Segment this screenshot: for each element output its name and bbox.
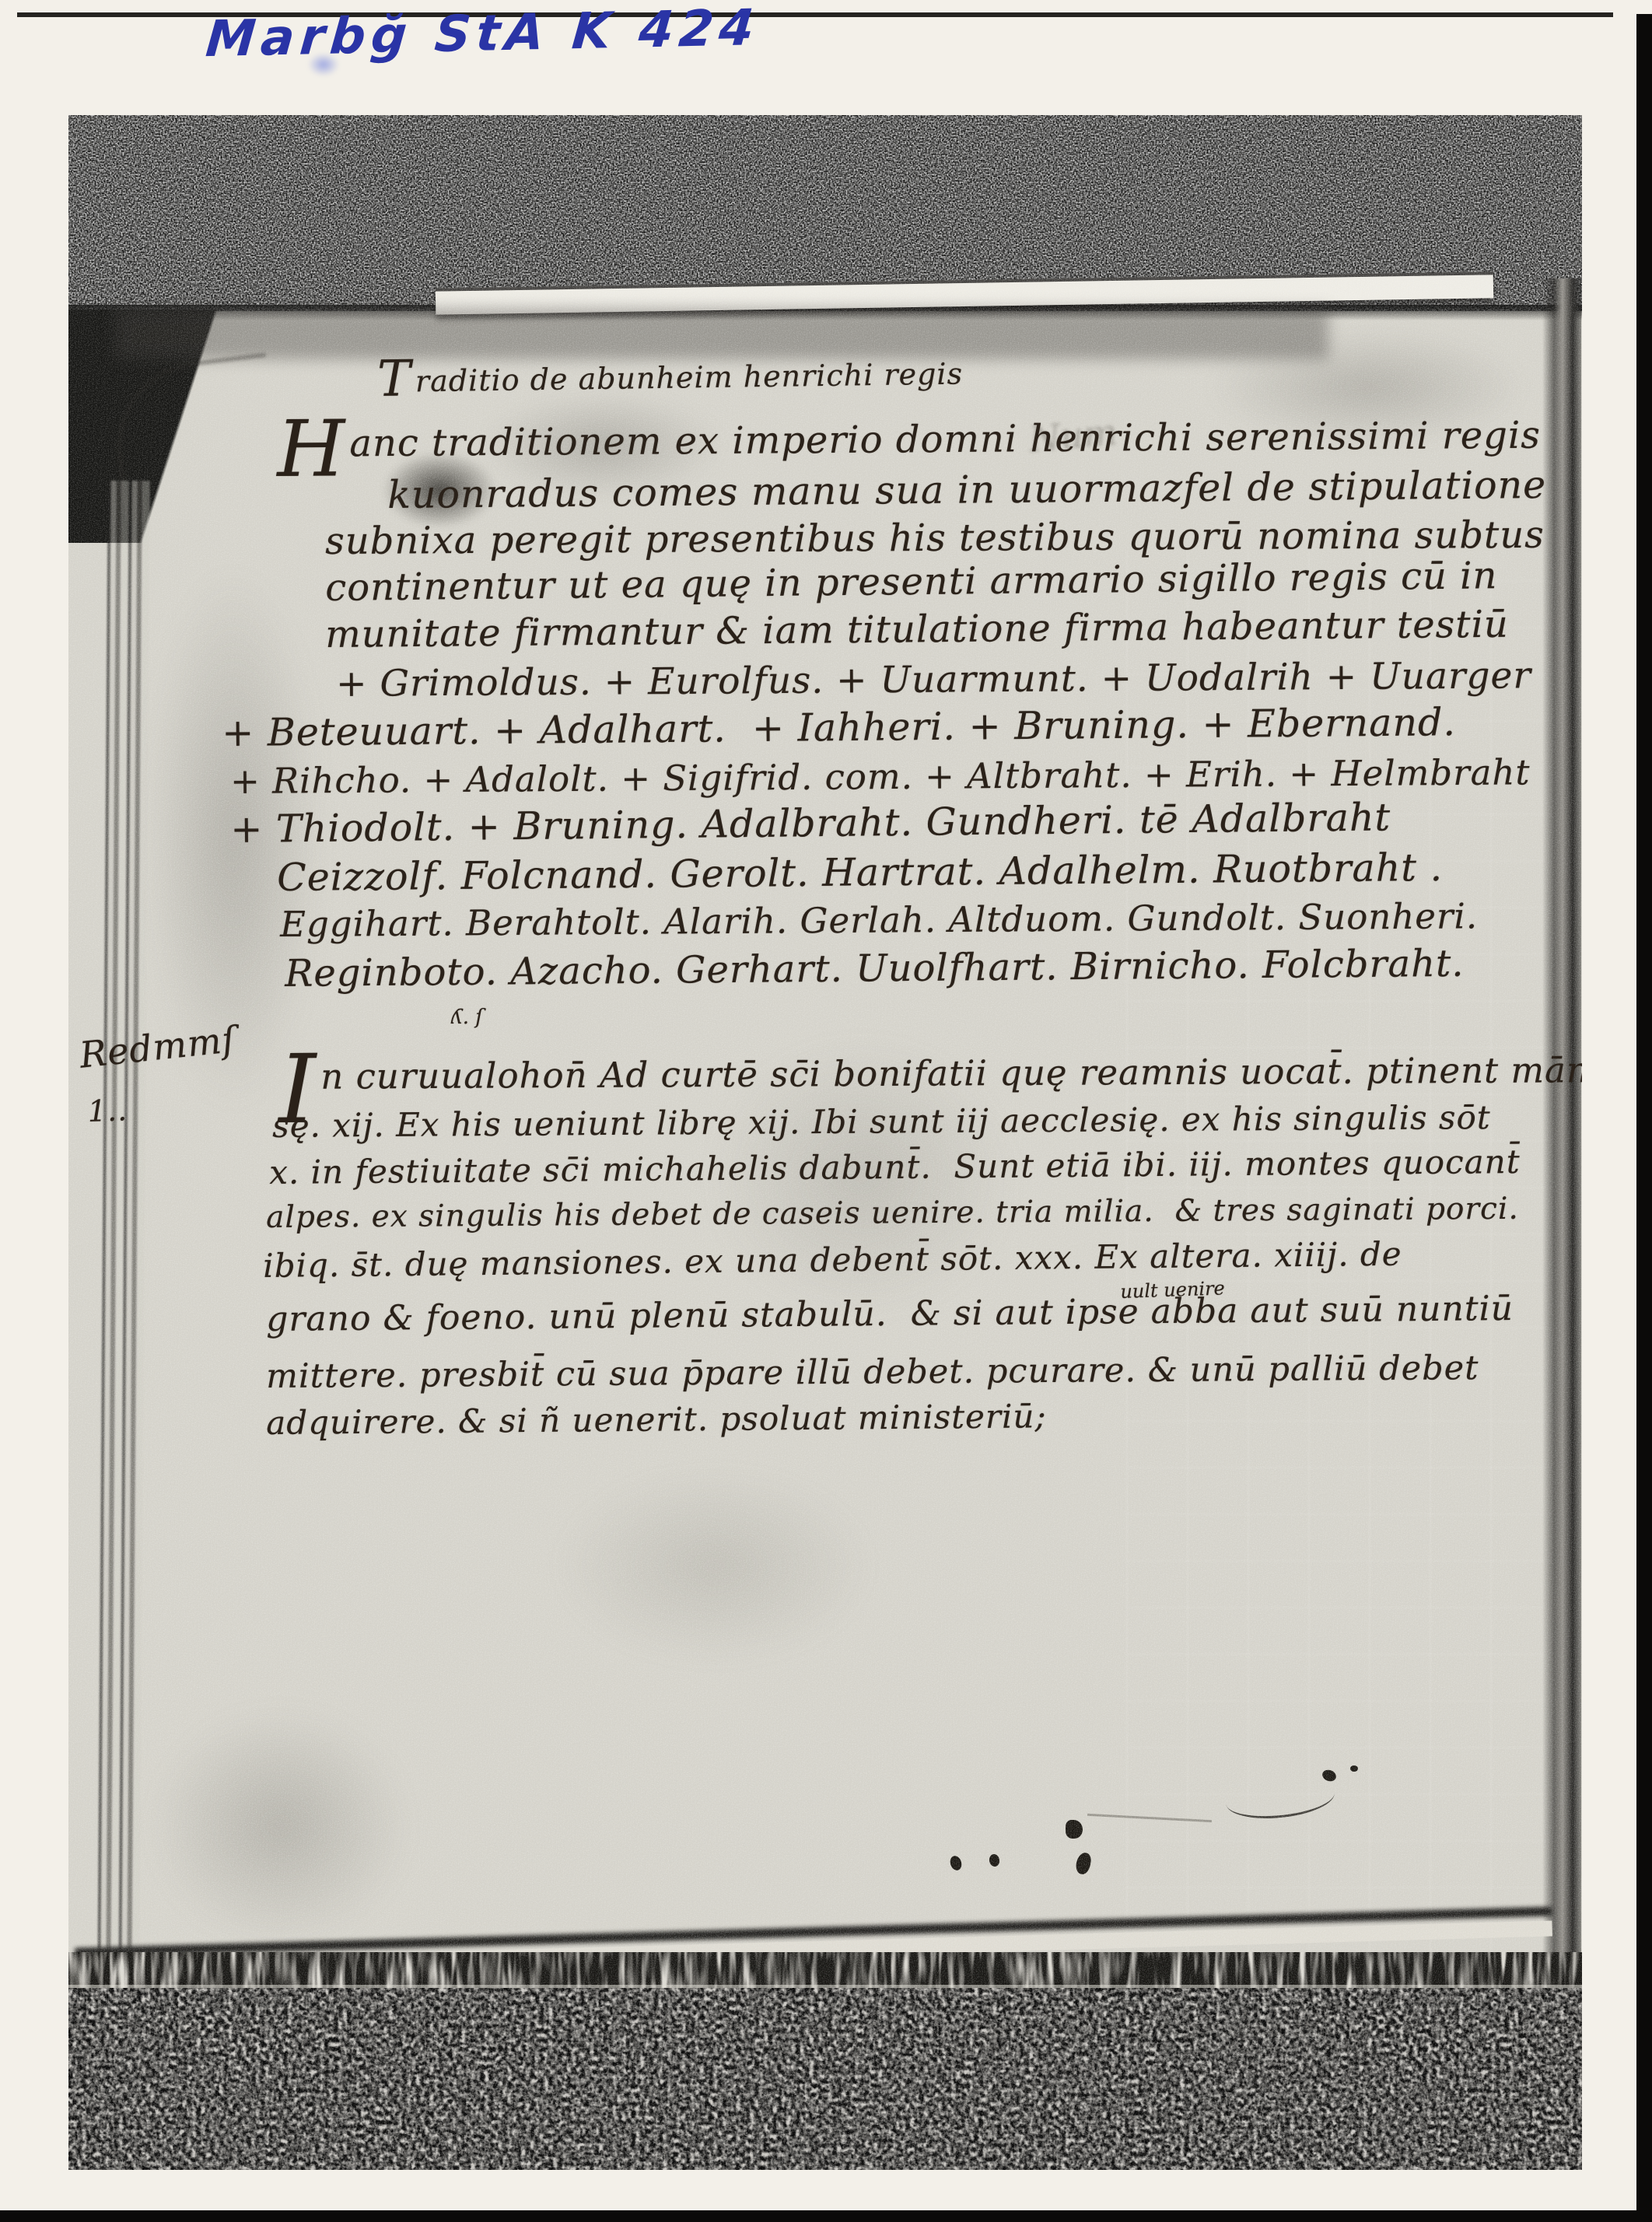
manuscript-line: + Beteuuart. + Adalhart. + Iahheri. + Br… xyxy=(222,702,1456,755)
correction-mark: ʎ. ſ xyxy=(451,1006,483,1029)
manuscript-line: + Thiodolt. + Bruning. Adalbraht. Gundhe… xyxy=(230,796,1391,851)
decorated-initial: T xyxy=(377,360,411,400)
scan-bottom-edge xyxy=(0,2210,1652,2222)
manuscript-line: alpes. ex singulis his debet de caseis u… xyxy=(266,1192,1519,1235)
manuscript-line: + Grimoldus. + Eurolfus. + Uuarmunt. + U… xyxy=(336,656,1531,705)
manuscript-line: ibiq. s̄t. duę mansiones. ex una debent̄… xyxy=(263,1236,1402,1284)
manuscript-line: munitate firmantur & iam titulatione fir… xyxy=(325,604,1509,656)
scan-right-edge xyxy=(1636,14,1652,2222)
manuscript-line: sę. xij. Ex his ueniunt librę xij. Ibi s… xyxy=(272,1099,1491,1144)
manuscript-line: continentur ut ea quę in presenti armari… xyxy=(325,555,1498,610)
manuscript-line: grano & foeno. unū plenū stabulū. & si a… xyxy=(266,1289,1514,1338)
manuscript-line: + Rihcho. + Adalolt. + Sigifrid. com. + … xyxy=(230,753,1531,801)
manuscript-line: Ceizzolf. Folcnand. Gerolt. Hartrat. Ada… xyxy=(277,847,1443,900)
manuscript-line: x. in festiuitate sc̄i michahelis dabunt… xyxy=(269,1143,1521,1191)
manuscript-line: adquirere. & si ñ uenerit. psoluat minis… xyxy=(266,1398,1047,1441)
text-layer: Traditio de abunheim henrichi regisHanc … xyxy=(68,115,1582,2170)
manuscript-line: Reginboto. Azacho. Gerhart. Uuolfhart. B… xyxy=(285,943,1465,996)
margin-note: Redmmſ xyxy=(78,1020,238,1076)
decorated-initial: H xyxy=(277,418,346,480)
manuscript-line: mittere. presbit̄ cū sua p̄pare illū deb… xyxy=(266,1349,1479,1395)
margin-note: 1.. xyxy=(87,1094,128,1128)
manuscript-line: Eggihart. Berahtolt. Alarih. Gerlah. Alt… xyxy=(280,897,1478,944)
manuscript-line: Traditio de abunheim henrichi regis xyxy=(377,357,963,399)
archive-scan: Marbğ StA K 424 xyxy=(0,0,1652,2222)
archive-annotation: Marbğ StA K 424 xyxy=(204,0,761,68)
manuscript-photo: Num xyxy=(68,115,1582,2170)
manuscript-line: kuonradus comes manu sua in uuormazfel d… xyxy=(387,464,1546,517)
